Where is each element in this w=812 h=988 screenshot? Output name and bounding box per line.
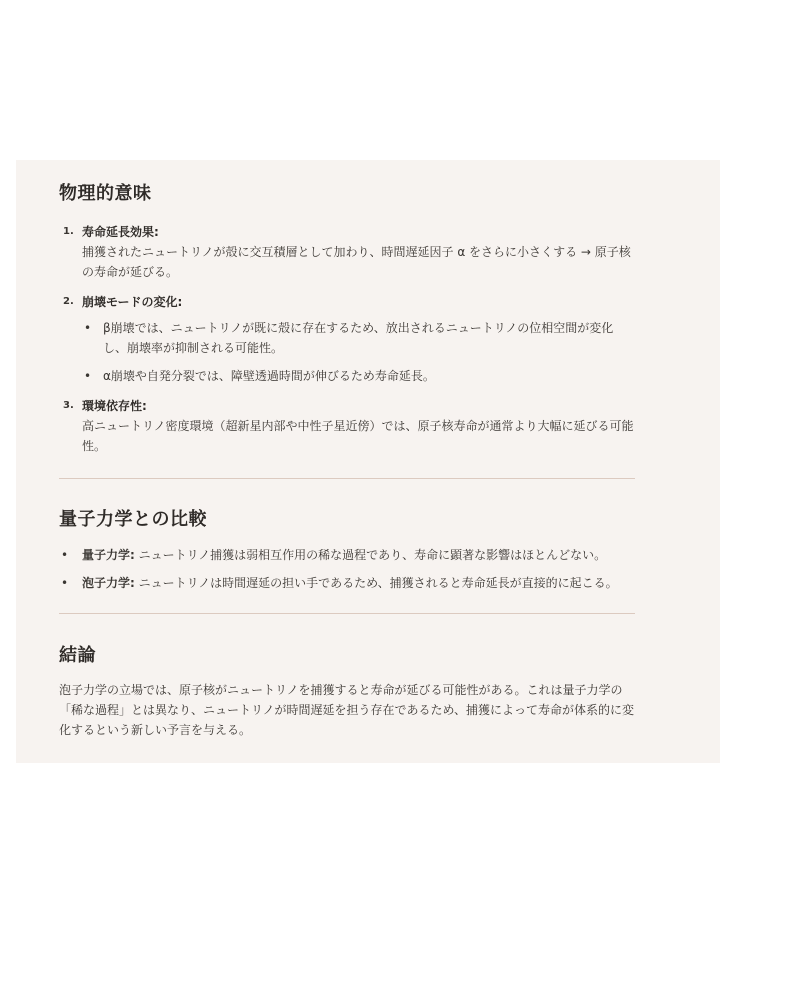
list-number: 2. — [63, 292, 74, 312]
response-panel: 物理的意味 1. 寿命延長効果: 捕獲されたニュートリノが殻に交互積層として加わ… — [16, 160, 720, 763]
list-number: 1. — [63, 222, 74, 242]
bullet-label: 量子力学: — [82, 548, 135, 562]
bullet-item-quantum-mechanics: • 量子力学: ニュートリノ捕獲は弱相互作用の稀な過程であり、寿命に顕著な影響は… — [59, 545, 635, 565]
bullet-item-bubble-mechanics: • 泡子力学: ニュートリノは時間遅延の担い手であるため、捕獲されると寿命延長が… — [59, 573, 635, 593]
bullet-label: 泡子力学: — [82, 576, 135, 590]
sub-bullet-text: β崩壊では、ニュートリノが既に殻に存在するため、放出されるニュートリノの位相空間… — [103, 321, 613, 355]
sub-bullet-item: • α崩壊や自発分裂では、障壁透過時間が伸びるため寿命延長。 — [82, 366, 635, 386]
numbered-list: 1. 寿命延長効果: 捕獲されたニュートリノが殻に交互積層として加わり、時間遅延… — [59, 222, 635, 466]
sub-bullet-item: • β崩壊では、ニュートリノが既に殻に存在するため、放出されるニュートリノの位相… — [82, 318, 635, 358]
item-body: 高ニュートリノ密度環境（超新星内部や中性子星近傍）では、原子核寿命が通常より大幅… — [82, 416, 635, 456]
bullet-text: ニュートリノ捕獲は弱相互作用の稀な過程であり、寿命に顕著な影響はほとんどない。 — [135, 548, 606, 562]
sub-bullet-text: α崩壊や自発分裂では、障壁透過時間が伸びるため寿命延長。 — [103, 369, 435, 383]
list-number: 3. — [63, 396, 74, 416]
item-title: 環境依存性: — [82, 399, 147, 413]
list-item-decay-mode-change: 2. 崩壊モードの変化: • β崩壊では、ニュートリノが既に殻に存在するため、放… — [59, 292, 635, 386]
item-title: 寿命延長効果: — [82, 225, 159, 239]
conclusion-paragraph: 泡子力学の立場では、原子核がニュートリノを捕獲すると寿命が延びる可能性がある。こ… — [59, 680, 635, 740]
comparison-bullet-list: • 量子力学: ニュートリノ捕獲は弱相互作用の稀な過程であり、寿命に顕著な影響は… — [59, 545, 635, 601]
section-divider — [59, 478, 635, 479]
bullet-icon: • — [61, 545, 68, 565]
item-body: 捕獲されたニュートリノが殻に交互積層として加わり、時間遅延因子 α をさらに小さ… — [82, 242, 635, 282]
list-item-environment-dependence: 3. 環境依存性: 高ニュートリノ密度環境（超新星内部や中性子星近傍）では、原子… — [59, 396, 635, 456]
bullet-text: ニュートリノは時間遅延の担い手であるため、捕獲されると寿命延長が直接的に起こる。 — [135, 576, 618, 590]
bullet-icon: • — [84, 366, 91, 386]
list-item-lifetime-extension: 1. 寿命延長効果: 捕獲されたニュートリノが殻に交互積層として加わり、時間遅延… — [59, 222, 635, 282]
bullet-icon: • — [84, 318, 91, 338]
item-title: 崩壊モードの変化: — [82, 295, 182, 309]
heading-physical-meaning: 物理的意味 — [59, 184, 152, 204]
section-divider — [59, 613, 635, 614]
heading-conclusion: 結論 — [59, 646, 96, 666]
heading-comparison: 量子力学との比較 — [59, 510, 207, 530]
bullet-icon: • — [61, 573, 68, 593]
sub-bullet-list: • β崩壊では、ニュートリノが既に殻に存在するため、放出されるニュートリノの位相… — [82, 318, 635, 386]
